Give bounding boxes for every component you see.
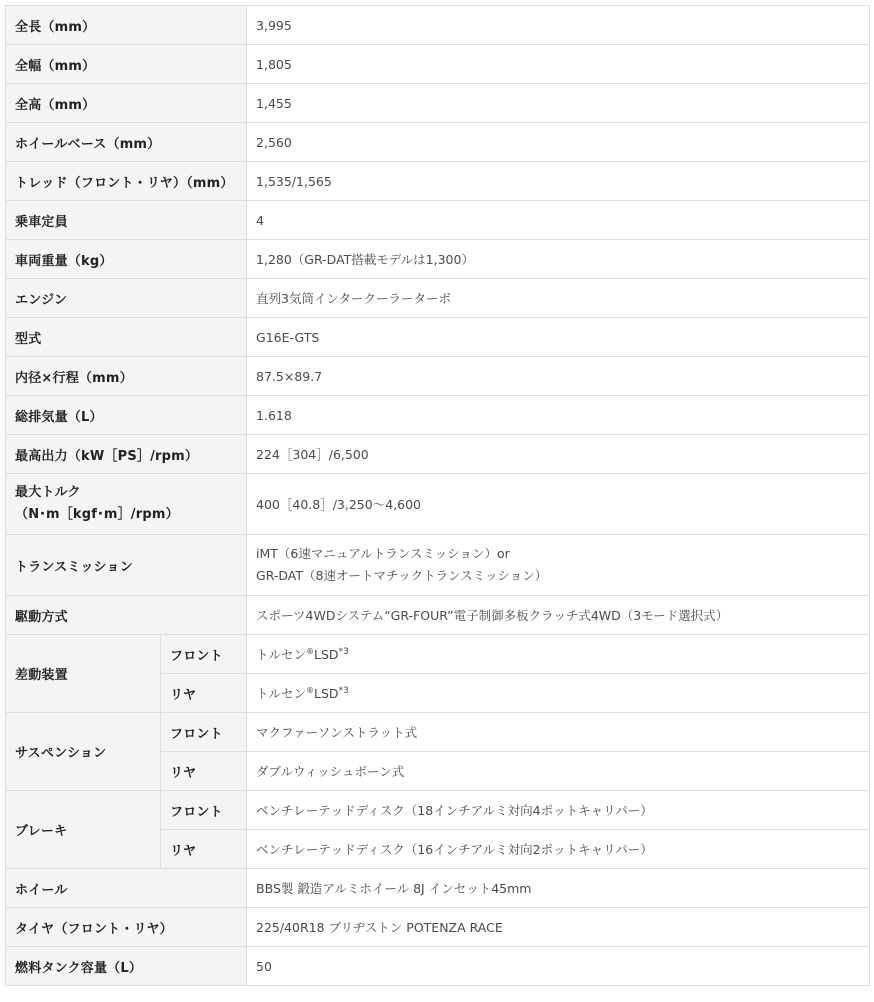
spec-value-line: GR-DAT（8速オートマチックトランスミッション） [256, 565, 860, 587]
spec-value: ベンチレーテッドディスク（18インチアルミ対向4ポットキャリパー） [247, 791, 870, 830]
spec-label: エンジン [6, 279, 247, 318]
spec-value-line: iMT（6速マニュアルトランスミッション）or [256, 543, 860, 565]
table-row: 型式 G16E-GTS [6, 318, 870, 357]
spec-value: BBS製 鍛造アルミホイール 8J インセット45mm [247, 869, 870, 908]
registered-mark: ® [306, 686, 314, 695]
table-row: タイヤ（フロント・リヤ） 225/40R18 ブリヂストン POTENZA RA… [6, 908, 870, 947]
spec-label: 全長（mm） [6, 6, 247, 45]
table-row: サスペンション フロント マクファーソンストラット式 [6, 713, 870, 752]
spec-sub-label: リヤ [161, 752, 247, 791]
spec-value: 直列3気筒インタークーラーターボ [247, 279, 870, 318]
table-row: 車両重量（kg） 1,280（GR-DAT搭載モデルは1,300） [6, 240, 870, 279]
footnote-mark: *3 [339, 686, 349, 696]
spec-sub-label: リヤ [161, 674, 247, 713]
spec-label-line: （N･m［kgf･m］/rpm） [15, 504, 237, 526]
spec-label: 全幅（mm） [6, 45, 247, 84]
spec-value: iMT（6速マニュアルトランスミッション）or GR-DAT（8速オートマチック… [247, 535, 870, 596]
registered-mark: ® [306, 647, 314, 656]
spec-value: 1,280（GR-DAT搭載モデルは1,300） [247, 240, 870, 279]
spec-sub-label: フロント [161, 713, 247, 752]
table-row: 内径×行程（mm） 87.5×89.7 [6, 357, 870, 396]
table-row: 乗車定員 4 [6, 201, 870, 240]
spec-label: 全高（mm） [6, 84, 247, 123]
spec-value: 2,560 [247, 123, 870, 162]
spec-value-text: トルセン [256, 686, 306, 701]
table-row: トランスミッション iMT（6速マニュアルトランスミッション）or GR-DAT… [6, 535, 870, 596]
table-row: 最大トルク （N･m［kgf･m］/rpm） 400［40.8］/3,250〜4… [6, 474, 870, 535]
spec-value: 3,995 [247, 6, 870, 45]
spec-value-text: LSD [314, 686, 339, 701]
spec-table: 全長（mm） 3,995 全幅（mm） 1,805 全高（mm） 1,455 ホ… [5, 5, 870, 986]
spec-value: 1,805 [247, 45, 870, 84]
spec-value: 87.5×89.7 [247, 357, 870, 396]
spec-value: 224［304］/6,500 [247, 435, 870, 474]
spec-label: 型式 [6, 318, 247, 357]
table-row: 差動装置 フロント トルセン®LSD*3 [6, 635, 870, 674]
spec-sub-label: リヤ [161, 830, 247, 869]
spec-group-label: 差動装置 [6, 635, 161, 713]
spec-group-label: サスペンション [6, 713, 161, 791]
spec-label: 乗車定員 [6, 201, 247, 240]
spec-group-label: ブレーキ [6, 791, 161, 869]
spec-value: 1,455 [247, 84, 870, 123]
spec-value: 1.618 [247, 396, 870, 435]
spec-label: 駆動方式 [6, 596, 247, 635]
table-row: 燃料タンク容量（L） 50 [6, 947, 870, 986]
spec-label-line: 最大トルク [15, 482, 237, 504]
table-row: 最高出力（kW［PS］/rpm） 224［304］/6,500 [6, 435, 870, 474]
table-row: ブレーキ フロント ベンチレーテッドディスク（18インチアルミ対向4ポットキャリ… [6, 791, 870, 830]
spec-value-text: トルセン [256, 647, 306, 662]
spec-label: 最高出力（kW［PS］/rpm） [6, 435, 247, 474]
spec-label: 総排気量（L） [6, 396, 247, 435]
table-row: トレッド（フロント・リヤ）（mm） 1,535/1,565 [6, 162, 870, 201]
spec-value: G16E-GTS [247, 318, 870, 357]
spec-label: タイヤ（フロント・リヤ） [6, 908, 247, 947]
spec-value-text: LSD [314, 647, 339, 662]
table-row: 総排気量（L） 1.618 [6, 396, 870, 435]
spec-label: トレッド（フロント・リヤ）（mm） [6, 162, 247, 201]
spec-label: 車両重量（kg） [6, 240, 247, 279]
spec-value: スポーツ4WDシステム“GR-FOUR”電子制御多板クラッチ式4WD（3モード選… [247, 596, 870, 635]
table-row: 駆動方式 スポーツ4WDシステム“GR-FOUR”電子制御多板クラッチ式4WD（… [6, 596, 870, 635]
spec-value: 400［40.8］/3,250〜4,600 [247, 474, 870, 535]
spec-value: 4 [247, 201, 870, 240]
footnote-mark: *3 [339, 647, 349, 657]
spec-label: 最大トルク （N･m［kgf･m］/rpm） [6, 474, 247, 535]
spec-label: 燃料タンク容量（L） [6, 947, 247, 986]
table-row: ホイール BBS製 鍛造アルミホイール 8J インセット45mm [6, 869, 870, 908]
spec-label: トランスミッション [6, 535, 247, 596]
spec-value: 225/40R18 ブリヂストン POTENZA RACE [247, 908, 870, 947]
spec-label: ホイールベース（mm） [6, 123, 247, 162]
spec-sub-label: フロント [161, 791, 247, 830]
spec-value: トルセン®LSD*3 [247, 674, 870, 713]
table-row: エンジン 直列3気筒インタークーラーターボ [6, 279, 870, 318]
table-row: 全高（mm） 1,455 [6, 84, 870, 123]
spec-value: マクファーソンストラット式 [247, 713, 870, 752]
spec-value: 50 [247, 947, 870, 986]
spec-value: トルセン®LSD*3 [247, 635, 870, 674]
spec-sub-label: フロント [161, 635, 247, 674]
spec-value: 1,535/1,565 [247, 162, 870, 201]
spec-label: ホイール [6, 869, 247, 908]
spec-value: ベンチレーテッドディスク（16インチアルミ対向2ポットキャリパー） [247, 830, 870, 869]
spec-label: 内径×行程（mm） [6, 357, 247, 396]
table-row: 全幅（mm） 1,805 [6, 45, 870, 84]
table-row: 全長（mm） 3,995 [6, 6, 870, 45]
table-row: ホイールベース（mm） 2,560 [6, 123, 870, 162]
spec-value: ダブルウィッシュボーン式 [247, 752, 870, 791]
